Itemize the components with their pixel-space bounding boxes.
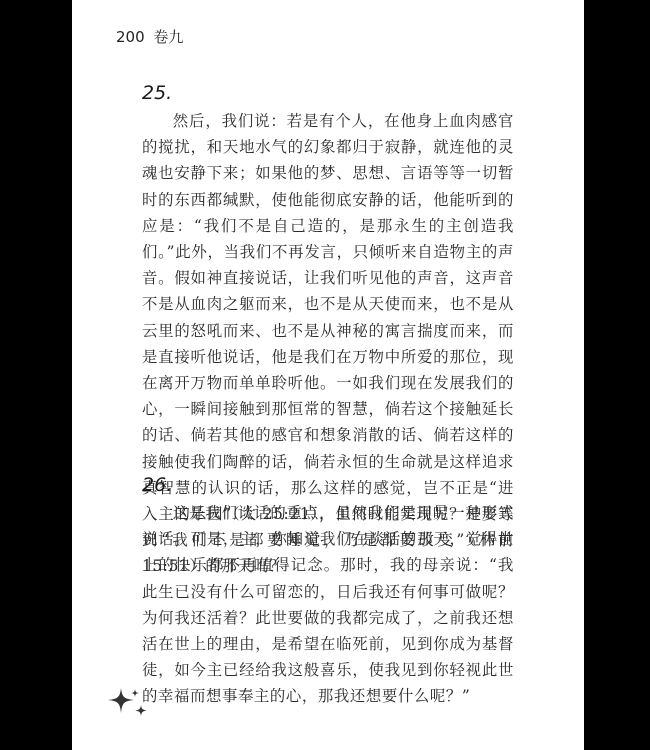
section-26: 26. 这是我们谈话的重点，虽然我们是用另一种形式说话。可是，主，你知道我们在谈… — [142, 470, 514, 710]
page-number: 200 — [116, 28, 145, 46]
section-number: 25. — [142, 78, 514, 108]
running-head: 200 卷九 — [116, 26, 183, 47]
sparkles-icon — [106, 686, 156, 726]
section-number: 26. — [142, 470, 514, 500]
section-paragraph: 这是我们谈话的重点，虽然我们是用另一种形式说话。可是，主，你知道我们在谈话的那天… — [142, 500, 514, 710]
chapter-title: 卷九 — [153, 28, 183, 46]
book-page: 200 卷九 25. 然后，我们说：若是有个人，在他身上血肉感官的搅扰，和天地水… — [72, 0, 584, 750]
